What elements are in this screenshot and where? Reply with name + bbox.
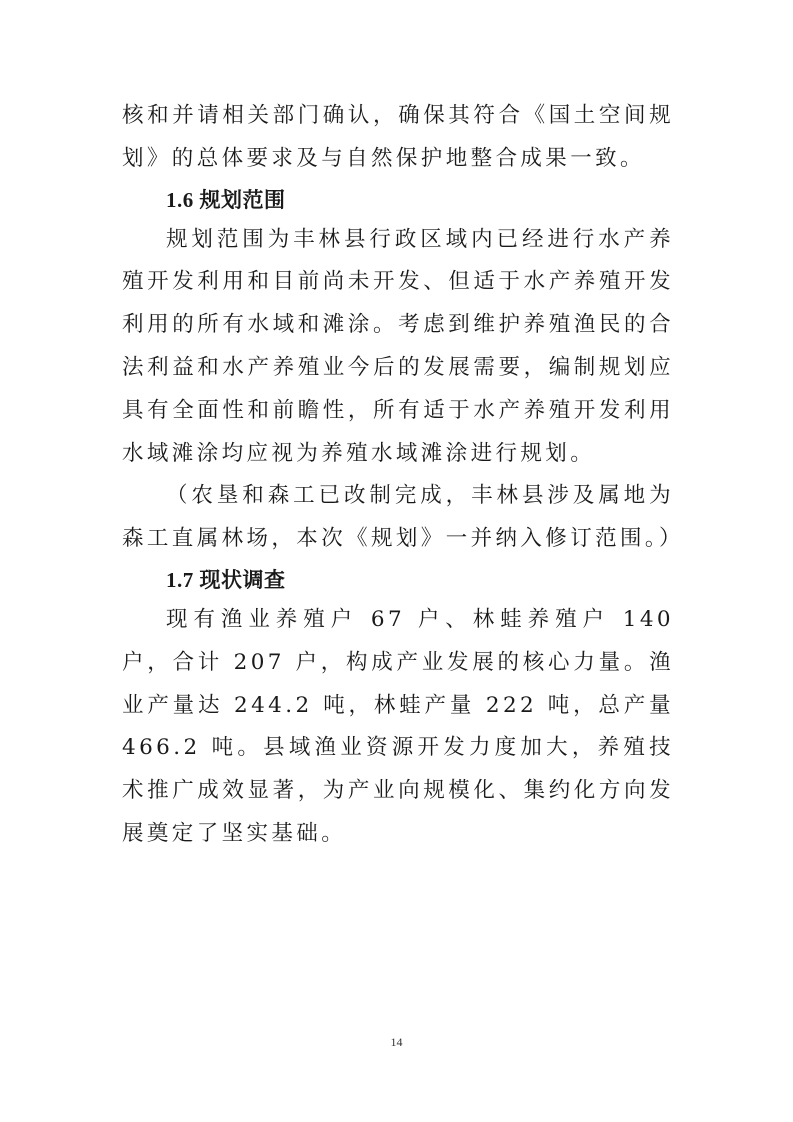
section-heading-1-7: 1.7 现状调查 bbox=[122, 561, 674, 599]
paragraph-status-survey: 现有渔业养殖户 67 户、林蛙养殖户 140 户，合计 207 户，构成产业发展… bbox=[122, 599, 674, 856]
paragraph-continuation: 核和并请相关部门确认，确保其符合《国土空间规划》的总体要求及与自然保护地整合成果… bbox=[122, 95, 674, 181]
paragraph-scope-note: （农垦和森工已改制完成，丰林县涉及属地为森工直属林场，本次《规划》一并纳入修订范… bbox=[122, 475, 674, 561]
page-number: 14 bbox=[0, 1035, 793, 1050]
document-page: 核和并请相关部门确认，确保其符合《国土空间规划》的总体要求及与自然保护地整合成果… bbox=[0, 0, 793, 1122]
page-content: 核和并请相关部门确认，确保其符合《国土空间规划》的总体要求及与自然保护地整合成果… bbox=[122, 95, 674, 856]
section-heading-1-6: 1.6 规划范围 bbox=[122, 181, 674, 219]
paragraph-planning-scope: 规划范围为丰林县行政区域内已经进行水产养殖开发利用和目前尚未开发、但适于水产养殖… bbox=[122, 219, 674, 476]
